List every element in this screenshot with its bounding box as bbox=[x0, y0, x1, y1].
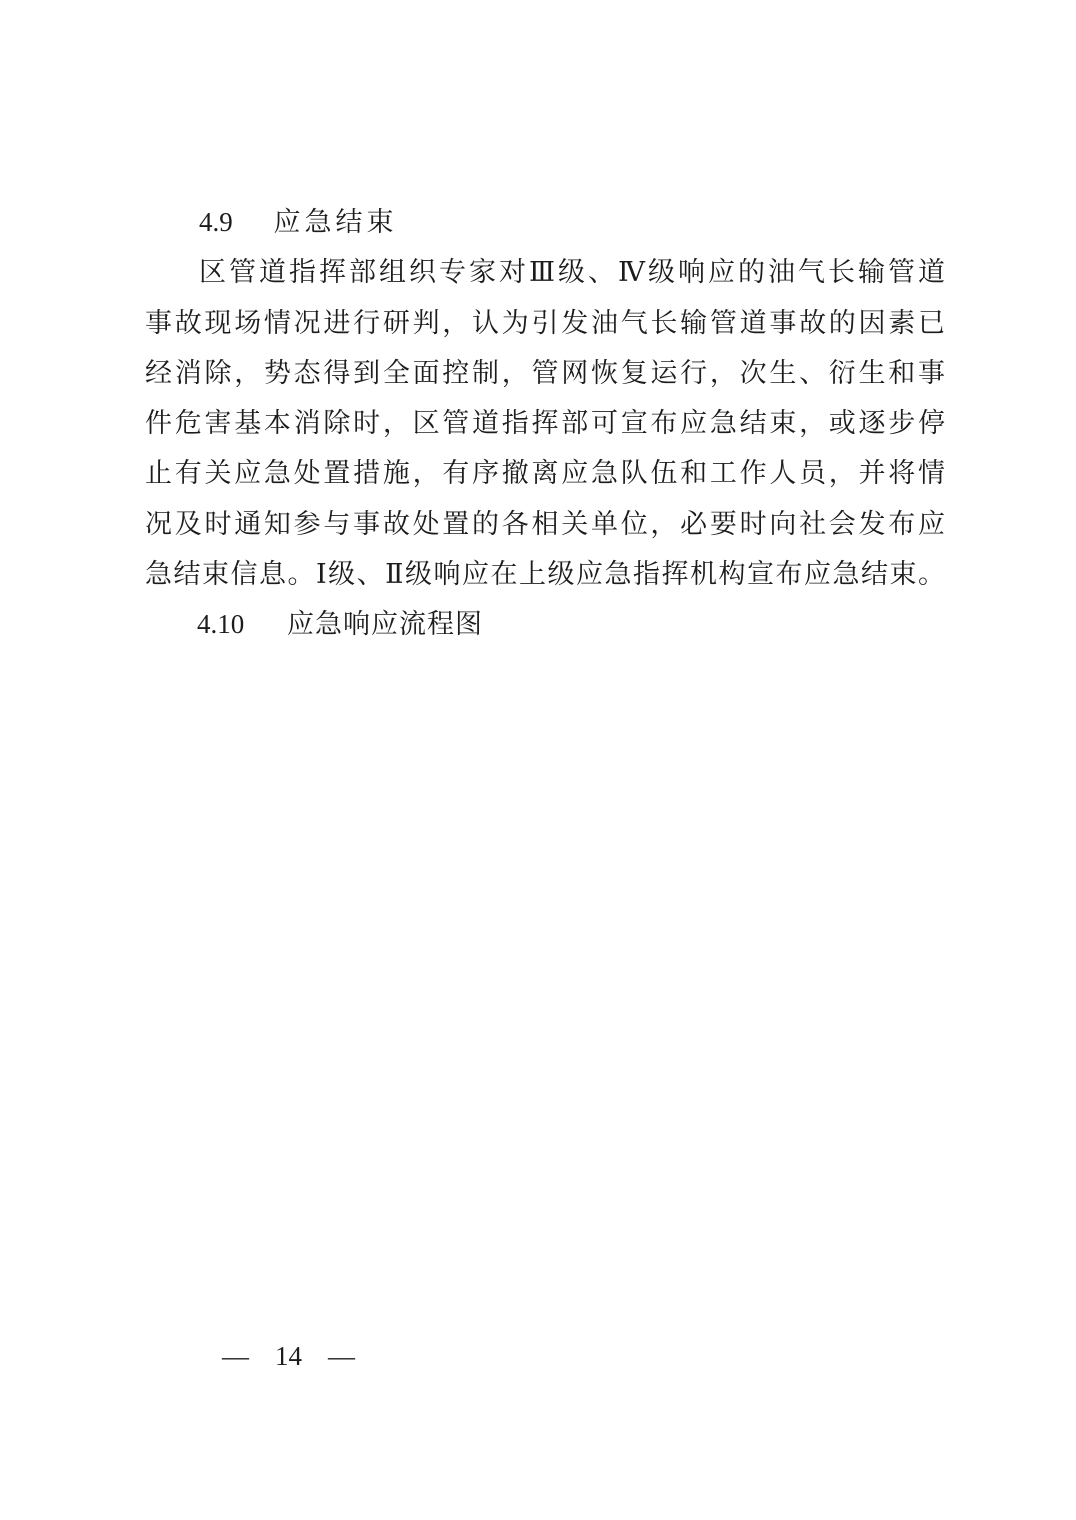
footer-dash-right: — bbox=[328, 1336, 355, 1376]
section-heading-4-9: 4.9 应急结束 bbox=[145, 197, 945, 247]
paragraph-line-1: 区管道指挥部组织专家对Ⅲ级、Ⅳ级响应的油气长输管道 bbox=[145, 247, 945, 297]
section-title-4-9: 应急结束 bbox=[274, 207, 398, 237]
paragraph-line-6: 况及时通知参与事故处置的各相关单位，必要时向社会发布应 bbox=[145, 499, 945, 549]
section-heading-4-10: 4.10 应急响应流程图 bbox=[145, 599, 945, 649]
section-number-4-10: 4.10 bbox=[197, 609, 244, 639]
section-number-4-9: 4.9 bbox=[199, 207, 233, 237]
document-page: 4.9 应急结束 区管道指挥部组织专家对Ⅲ级、Ⅳ级响应的油气长输管道 事故现场情… bbox=[0, 0, 1076, 1520]
paragraph-line-4: 件危害基本消除时，区管道指挥部可宣布应急结束，或逐步停 bbox=[145, 398, 945, 448]
section-title-4-10: 应急响应流程图 bbox=[287, 609, 483, 639]
paragraph-line-2: 事故现场情况进行研判，认为引发油气长输管道事故的因素已 bbox=[145, 298, 945, 348]
page-content: 4.9 应急结束 区管道指挥部组织专家对Ⅲ级、Ⅳ级响应的油气长输管道 事故现场情… bbox=[145, 197, 945, 650]
paragraph-line-5: 止有关应急处置措施，有序撤离应急队伍和工作人员，并将情 bbox=[145, 448, 945, 498]
page-number: 14 bbox=[275, 1336, 302, 1376]
paragraph-line-7: 急结束信息。Ⅰ级、Ⅱ级响应在上级应急指挥机构宣布应急结束。 bbox=[145, 549, 945, 599]
page-footer: — 14 — bbox=[222, 1336, 355, 1376]
footer-dash-left: — bbox=[222, 1336, 249, 1376]
paragraph-line-3: 经消除，势态得到全面控制，管网恢复运行，次生、衍生和事 bbox=[145, 348, 945, 398]
